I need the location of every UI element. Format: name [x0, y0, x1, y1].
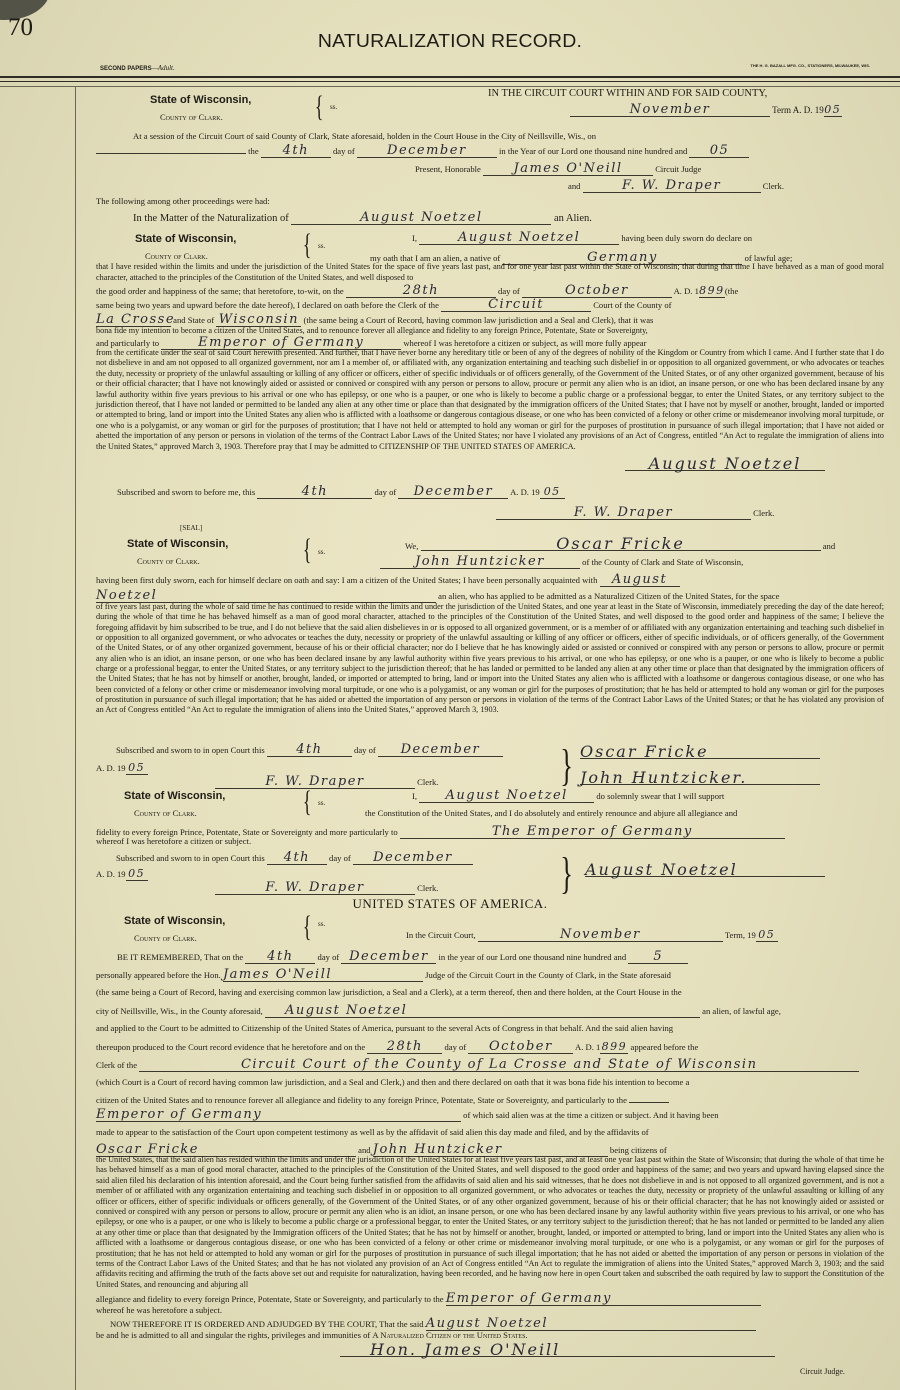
label-term: Term, 19	[725, 930, 756, 940]
witness-year-field[interactable]: 05	[126, 762, 148, 775]
county-label: County of Clark.	[127, 556, 228, 566]
brace: {	[315, 92, 324, 122]
county-label: County of Clark.	[150, 112, 251, 122]
witness-month-field[interactable]: December	[378, 744, 503, 757]
county-label: County of Clark.	[124, 933, 225, 943]
label-clerk: Clerk.	[417, 777, 438, 787]
label-judge-text: Judge of the Circuit Court in the County…	[425, 970, 671, 980]
county-label: County of Clark.	[135, 251, 236, 261]
brace: }	[560, 852, 573, 896]
judgment-decl-year-field[interactable]: 899	[600, 1041, 628, 1054]
witness1-signature: Oscar Fricke	[580, 744, 820, 762]
label-record-text: (the same being a Court of Record, havin…	[304, 315, 654, 325]
label-of-county: of the County of Clark and State of Wisc…	[582, 557, 743, 567]
label-and-state-of: and State of	[173, 315, 214, 325]
label-same-being: same being two years and upward before t…	[96, 300, 439, 310]
state-label: State of Wisconsin,	[124, 790, 225, 802]
proceedings-line: The following among other proceedings we…	[96, 196, 884, 207]
subscribed-year-field[interactable]: 05	[540, 486, 565, 499]
witness-clerk-signature-field[interactable]: F. W. Draper	[215, 776, 415, 789]
label-city: city of Neillsville, Wis., in the County…	[96, 1006, 263, 1016]
label-whereof: whereof I was heretofore a citizen or su…	[403, 338, 646, 348]
label-particularly-to: and particularly to	[96, 338, 159, 348]
remembered-line: BE IT REMEMBERED, That on the 4th day of…	[117, 951, 884, 964]
state-label: State of Wisconsin,	[124, 915, 225, 927]
state-label: State of Wisconsin,	[135, 233, 236, 245]
header-rule-thin	[0, 86, 900, 87]
judgment-whereof-line: whereof he was heretofore a subject.	[96, 1305, 884, 1316]
label-year-text: in the Year of our Lord one thousand nin…	[499, 146, 687, 156]
label-subscribed: Subscribed and sworn to in open Court th…	[116, 853, 265, 863]
judgment-applicant-field[interactable]: August Noetzel	[265, 1005, 700, 1018]
judgment-made-appear-line: made to appear to the satisfaction of th…	[96, 1127, 884, 1138]
form-subtitle: SECOND PAPERS—Adult.	[100, 64, 175, 72]
session-date-line: the 4th day of December in the Year of o…	[96, 145, 884, 158]
judgment-citizen-of-line: citizen of the United States and to reno…	[96, 1095, 884, 1106]
present-judge-line: Present, Honorable James O'Neill Circuit…	[415, 163, 884, 176]
state-label: State of Wisconsin,	[127, 538, 228, 550]
label-produced: thereupon produced to the Court record e…	[96, 1042, 365, 1052]
label-day-of: day of	[354, 745, 376, 755]
state-label: State of Wisconsin,	[150, 94, 251, 106]
declaration-day-field[interactable]: 28th	[346, 285, 496, 298]
judgment-clerk-of-line: Clerk of the Circuit Court of the County…	[96, 1059, 884, 1072]
judgment-term-line: In the Circuit Court, November Term, 190…	[406, 929, 884, 942]
judgment-year-field[interactable]: 5	[628, 951, 688, 964]
label-day-of: day of	[375, 487, 397, 497]
seal-label: [SEAL]	[180, 524, 202, 532]
witness-line-1: We, Oscar Fricke and	[405, 538, 884, 552]
ss-label: ss.	[318, 242, 325, 250]
subscribed-month-field[interactable]: December	[398, 486, 508, 499]
oath-year-field[interactable]: 05	[126, 868, 148, 881]
label-having-been: having been first duly sworn, each for h…	[96, 575, 597, 585]
oath-signature-field[interactable]: August Noetzel	[585, 864, 825, 877]
judgment-day-field[interactable]: 4th	[245, 951, 315, 964]
label-now-therefore: NOW THEREFORE IT IS ORDERED AND ADJUDGED…	[110, 1319, 424, 1329]
judgment-applicant-line: city of Neillsville, Wis., in the County…	[96, 1005, 884, 1018]
label-alien: an Alien.	[554, 213, 592, 224]
label-admitted: be and he is admitted to all and singula…	[96, 1330, 370, 1340]
label-i: I,	[412, 233, 417, 243]
label-day-of: day of	[318, 952, 340, 962]
judgment-declaration-line: thereupon produced to the Court record e…	[96, 1041, 884, 1054]
label-day-of: day of	[333, 146, 355, 156]
venue-block-5: State of Wisconsin, County of Clark.	[124, 915, 225, 943]
session-line: At a session of the Circuit Court of sai…	[133, 131, 884, 142]
header-rule	[0, 76, 900, 82]
label-the-paren: (the	[725, 286, 738, 296]
brace: {	[303, 787, 312, 817]
brace: {	[303, 535, 312, 565]
label-i: I,	[412, 791, 417, 801]
judgment-judge-field[interactable]: James O'Neill	[223, 969, 423, 982]
judgment-decl-day-field[interactable]: 28th	[367, 1041, 442, 1054]
form-type: SECOND PAPERS	[100, 66, 152, 72]
label-allegiance: allegiance and fidelity to every foreign…	[96, 1294, 444, 1304]
label-day-of: day of	[444, 1042, 466, 1052]
label-swear: do solemnly swear that I will support	[596, 791, 724, 801]
label-ad: A. D. 19	[510, 487, 540, 497]
label-and: and	[568, 181, 580, 191]
session-day-field[interactable]: 4th	[261, 145, 331, 158]
label-year-text: in the year of our Lord one thousand nin…	[439, 952, 627, 962]
venue-block-3: State of Wisconsin, County of Clark.	[127, 538, 228, 566]
label-clerk-of: Clerk of the	[96, 1060, 137, 1070]
label-remembered: BE IT REMEMBERED, That on the	[117, 952, 243, 962]
witness2-signature: John Huntzicker.	[580, 770, 820, 788]
label-clerk: Clerk.	[753, 508, 774, 518]
witness2-name-field[interactable]: John Huntzicker	[380, 556, 580, 569]
ss-label: ss.	[318, 920, 325, 928]
label-the: the	[248, 146, 259, 156]
present-clerk-line: and F. W. Draper Clerk.	[568, 180, 884, 193]
judgment-term-field[interactable]: November	[478, 929, 723, 942]
oath-whereof-line: whereof I was heretofore a citizen or su…	[96, 836, 884, 847]
naturalization-record-page: 70 NATURALIZATION RECORD. SECOND PAPERS—…	[0, 0, 900, 1390]
label-we: We,	[405, 541, 418, 551]
margin-line	[75, 86, 76, 1390]
label-appeared: personally appeared before the Hon.	[96, 970, 221, 980]
label-ad: A. D. 19	[96, 763, 126, 773]
judgment-month-field[interactable]: December	[341, 951, 436, 964]
label-matter: In the Matter of the Naturalization of	[133, 213, 289, 224]
declaration-year-field[interactable]: 899	[699, 285, 725, 298]
label-in-court: In the Circuit Court,	[406, 930, 476, 940]
declaration-subscribed-line: Subscribed and sworn to before me, this …	[117, 486, 884, 499]
label-and: and	[358, 1145, 370, 1155]
brace: {	[303, 230, 312, 260]
judge-signature-field[interactable]: Hon. James O'Neill	[340, 1344, 775, 1357]
oath-signature: August Noetzel	[585, 862, 825, 880]
applicant-name-field[interactable]: August Noetzel	[291, 212, 551, 225]
declaration-residence-text: that I have resided within the limits an…	[96, 262, 884, 283]
declarant-signature-field[interactable]: August Noetzel	[625, 458, 825, 471]
printer-imprint: THE H. G. BAZALL MFG. CO., STATIONERS, M…	[750, 63, 870, 68]
oath-clerk-line: F. W. Draper Clerk.	[215, 882, 884, 895]
oath-constitution-line: the Constitution of the United States, a…	[365, 808, 884, 819]
brace: }	[560, 744, 573, 788]
brace: {	[303, 912, 312, 942]
witness2-signature-field[interactable]: John Huntzicker.	[580, 772, 820, 785]
witness-body-text: of five years last past, during the whol…	[96, 602, 884, 716]
declaration-body-text: from the certificate under the seal of s…	[96, 348, 884, 452]
label-good-order: the good order and happiness of the same…	[96, 286, 344, 296]
declaration-court-line: same being two years and upward before t…	[96, 299, 884, 312]
clerk-signature-field[interactable]: F. W. Draper	[496, 507, 751, 520]
declaration-month-field[interactable]: October	[522, 285, 672, 298]
venue-block-2: State of Wisconsin, County of Clark.	[135, 233, 236, 261]
label-circuit-judge: Circuit Judge	[655, 164, 701, 174]
blank	[96, 153, 246, 154]
witness-acquainted-line: having been first duly sworn, each for h…	[96, 574, 884, 587]
label-clerk: Clerk.	[417, 883, 438, 893]
label-ad: A. D. 1	[575, 1042, 600, 1052]
declarant-line: I, August Noetzel having been duly sworn…	[412, 232, 884, 245]
ss-label: ss.	[318, 548, 325, 556]
label-court-of-county: Court of the County of	[593, 300, 671, 310]
label-present: Present, Honorable	[415, 164, 481, 174]
clerk-name-field[interactable]: F. W. Draper	[583, 180, 761, 193]
term-month-field[interactable]: November	[570, 104, 770, 117]
declaration-clerk-line: F. W. Draper Clerk.	[496, 507, 884, 520]
venue-block-4: State of Wisconsin, County of Clark.	[124, 790, 225, 818]
judgment-record-line: (the same being a Court of Record, havin…	[96, 987, 884, 998]
judge-name-field[interactable]: James O'Neill	[483, 163, 653, 176]
document-title: NATURALIZATION RECORD.	[0, 31, 900, 52]
ss-label: ss.	[318, 799, 325, 807]
witness1-name-field[interactable]: Oscar Fricke	[421, 538, 821, 551]
form-variant: —Adult.	[152, 64, 175, 72]
court-type-field[interactable]: Circuit	[441, 299, 591, 312]
court-heading: IN THE CIRCUIT COURT WITHIN AND FOR SAID…	[488, 88, 767, 99]
label-clerk: Clerk.	[763, 181, 784, 191]
judgment-sovereign-line: Emperor of Germany of which said alien w…	[96, 1109, 884, 1122]
alien-first-name-field[interactable]: August	[600, 574, 680, 587]
label-ad: A. D. 1	[674, 286, 699, 296]
witness-line-2: John Huntzicker of the County of Clark a…	[380, 556, 884, 569]
declarant-signature: August Noetzel	[625, 456, 825, 474]
label-an-alien: an alien, who has applied to be admitted…	[438, 591, 779, 601]
label-subscribed: Subscribed and sworn to in open Court th…	[116, 745, 265, 755]
label-day-of: day of	[329, 853, 351, 863]
label-sworn: having been duly sworn do declare on	[621, 233, 752, 243]
matter-line: In the Matter of the Naturalization of A…	[133, 212, 884, 225]
term-line: November Term A. D. 1905	[570, 104, 842, 117]
ss-label: ss.	[330, 103, 337, 111]
blank	[629, 1102, 669, 1103]
declarant-name-field[interactable]: August Noetzel	[419, 232, 619, 245]
label-naturalized-citizen: A Naturalized Citizen of the United Stat…	[372, 1330, 527, 1340]
term-year-field[interactable]: 05	[824, 104, 842, 117]
oath-month-field[interactable]: December	[353, 852, 473, 865]
term-label: Term A. D. 19	[772, 105, 824, 115]
label-appeared-before: appeared before the	[631, 1042, 699, 1052]
declaring-court-field[interactable]: Circuit Court of the County of La Crosse…	[139, 1059, 859, 1072]
oath-clerk-signature-field[interactable]: F. W. Draper	[215, 882, 415, 895]
judgment-which-court-line: (which Court is a Court of record having…	[96, 1077, 884, 1088]
judgment-body-text: the United States, that the said alien h…	[96, 1155, 884, 1290]
label-day-of: day of	[498, 286, 520, 296]
judgment-sovereign-field[interactable]: Emperor of Germany	[96, 1109, 461, 1122]
venue-block-1: State of Wisconsin, County of Clark.	[150, 94, 251, 122]
witness1-signature-field[interactable]: Oscar Fricke	[580, 746, 820, 759]
label-circuit-judge: Circuit Judge.	[800, 1367, 845, 1376]
session-month-field[interactable]: December	[357, 145, 497, 158]
label-and: and	[823, 541, 835, 551]
witness-day-field[interactable]: 4th	[267, 744, 352, 757]
appeared-line: personally appeared before the Hon. Jame…	[96, 969, 884, 982]
label-being-citizens: being citizens of	[610, 1145, 667, 1155]
oath-day-field[interactable]: 4th	[267, 852, 327, 865]
judgment-decl-month-field[interactable]: October	[468, 1041, 573, 1054]
oath-applicant-field[interactable]: August Noetzel	[419, 790, 594, 803]
label-subscribed: Subscribed and sworn to before me, this	[117, 487, 255, 497]
label-citizen-of: citizen of the United States and to reno…	[96, 1095, 627, 1105]
subscribed-day-field[interactable]: 4th	[257, 486, 372, 499]
judgment-term-year-field[interactable]: 05	[756, 929, 778, 942]
label-lawful-age: an alien, of lawful age,	[702, 1006, 781, 1016]
judge-signature: Hon. James O'Neill	[340, 1342, 775, 1360]
oath-line: I, August Noetzel do solemnly swear that…	[412, 790, 884, 803]
judgment-applied-line: and applied to the Court to be admitted …	[96, 1023, 884, 1034]
label-ad: A. D. 19	[96, 869, 126, 879]
session-year-field[interactable]: 05	[689, 145, 749, 158]
county-label: County of Clark.	[124, 808, 225, 818]
label-of-which: of which said alien was at the time a ci…	[463, 1110, 718, 1120]
usa-heading: UNITED STATES OF AMERICA.	[0, 896, 900, 912]
